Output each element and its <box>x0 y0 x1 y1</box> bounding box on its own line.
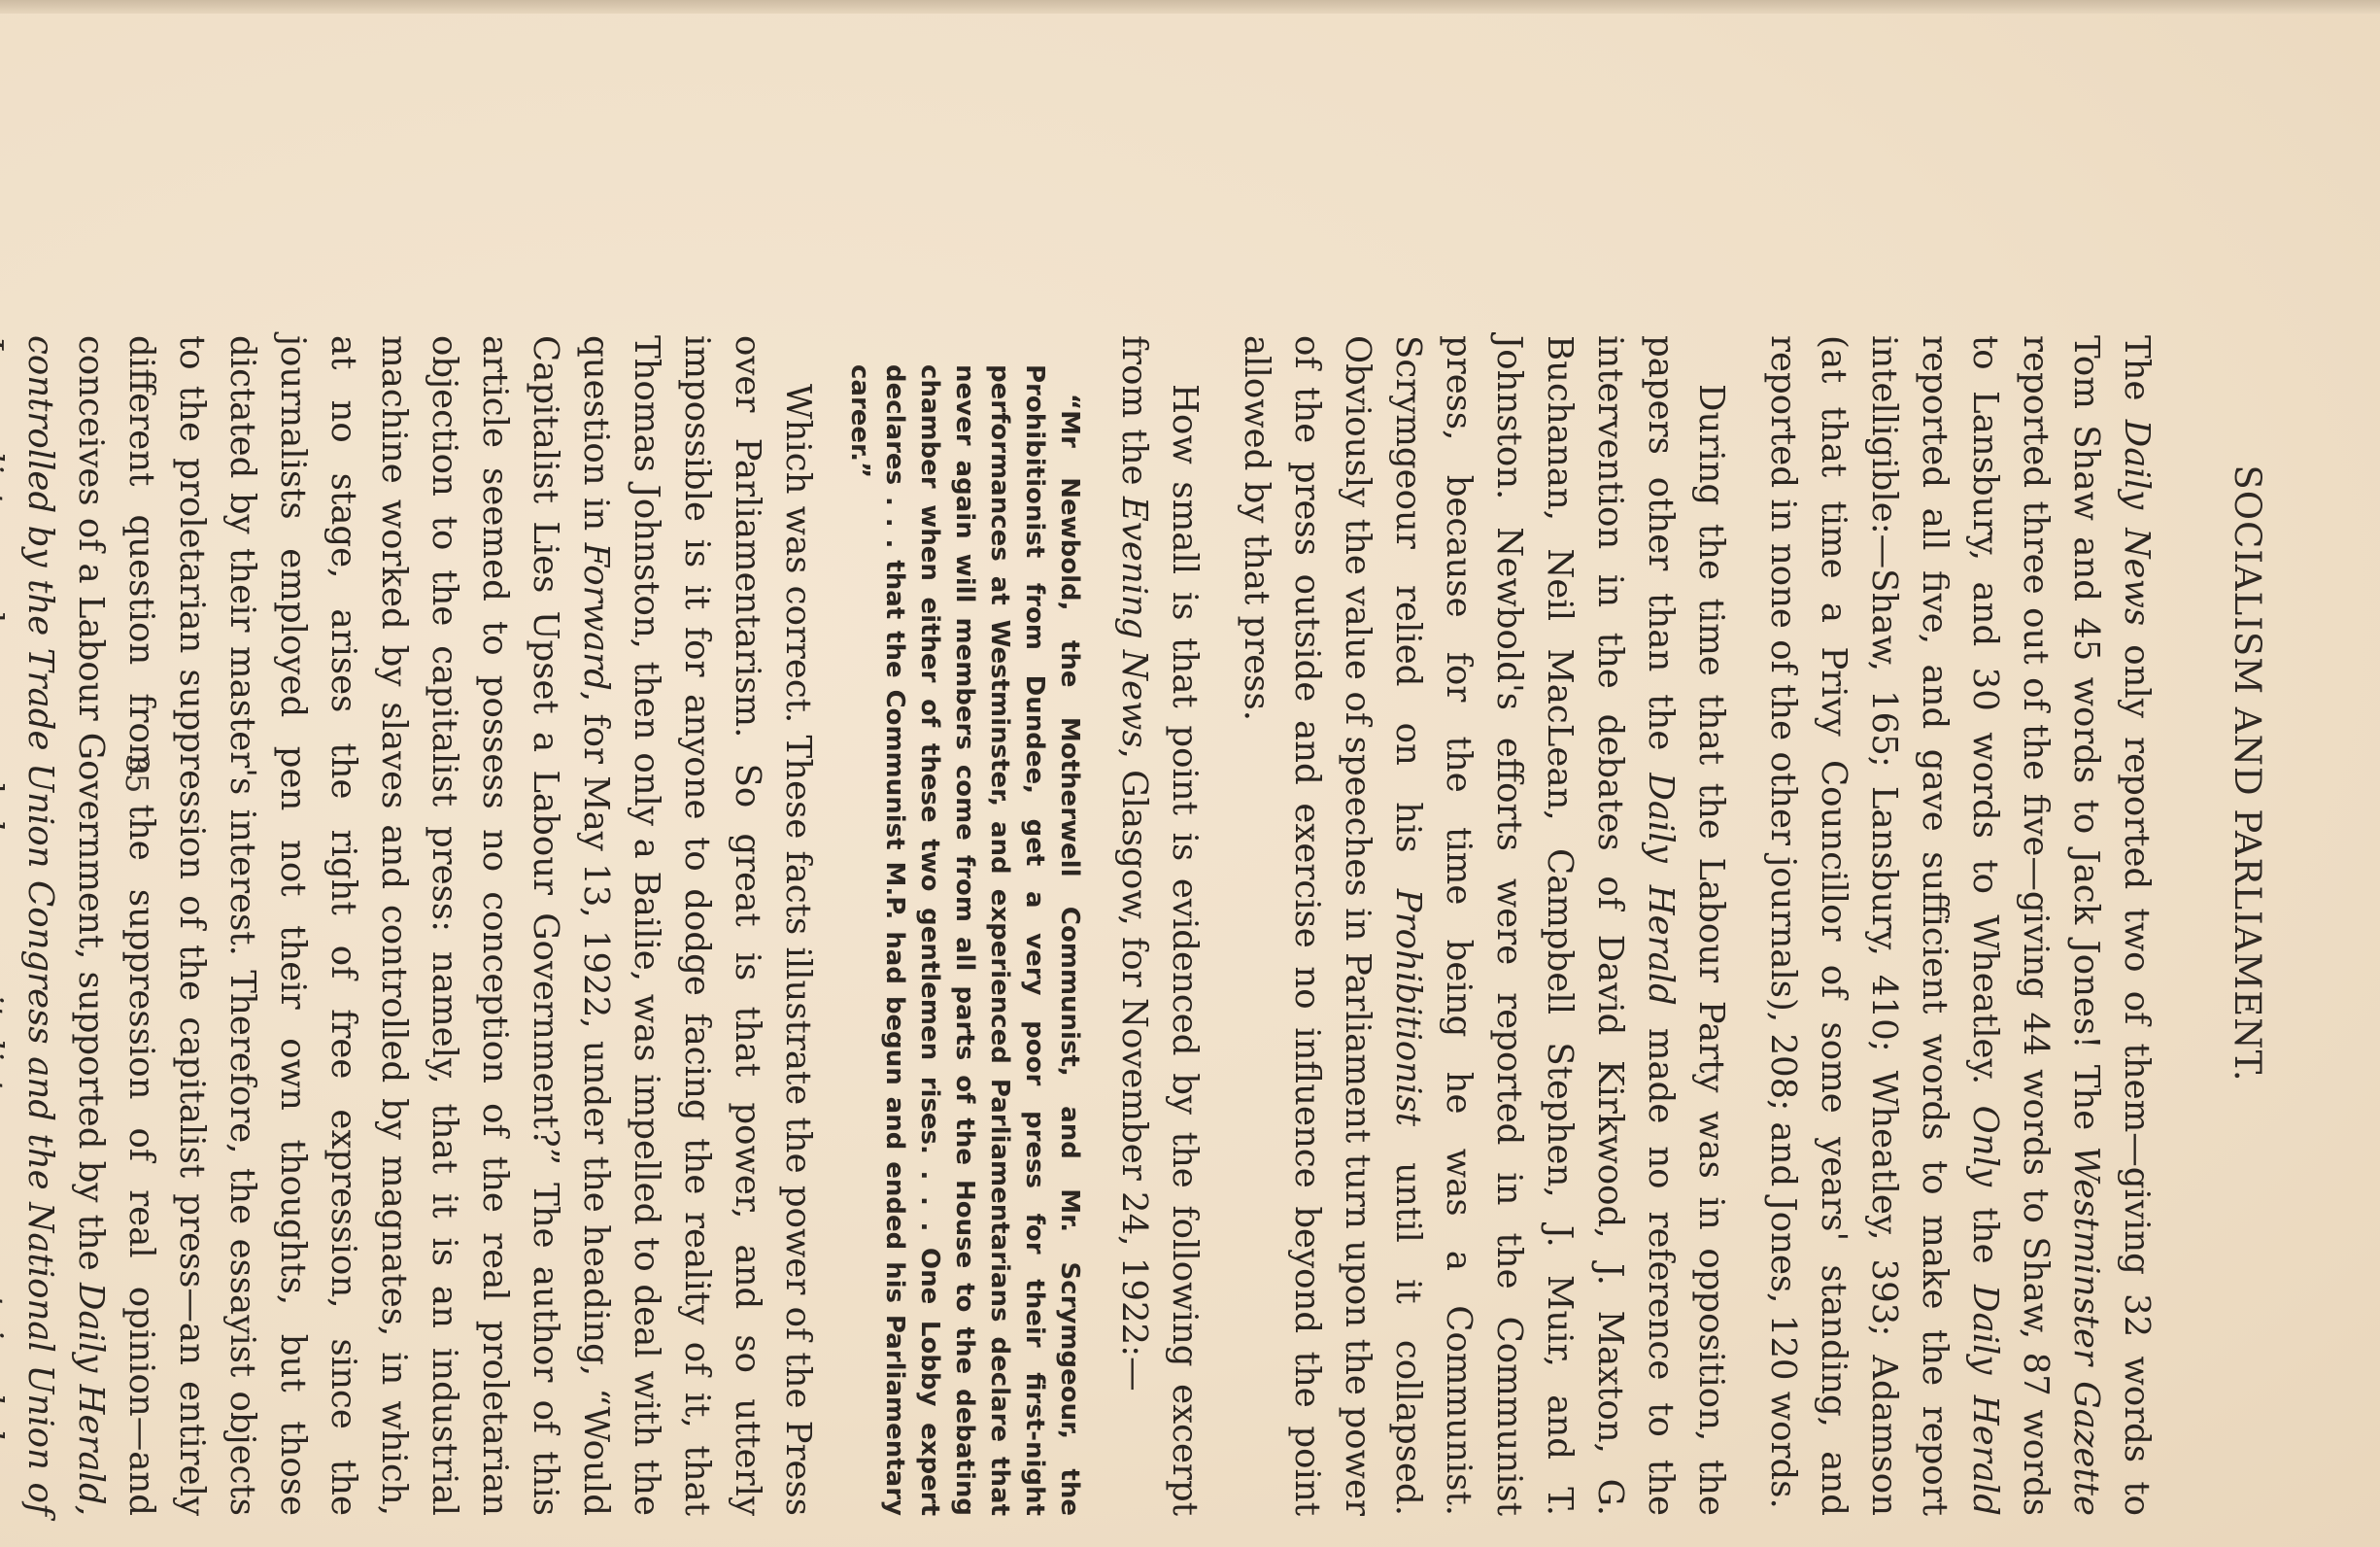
paragraph: The Daily News only reported two of them… <box>1757 335 2161 1516</box>
italic-text: Only <box>1965 1106 2005 1186</box>
book-page: SOCIALISM AND PARLIAMENT. The Daily News… <box>0 0 2380 1547</box>
text-run: reported all five, and gave sufficient w… <box>1763 335 1955 1516</box>
text-run: The <box>2117 335 2157 420</box>
running-head: SOCIALISM AND PARLIAMENT. <box>2227 0 2268 1547</box>
paragraph: During the time that the Labour Party wa… <box>1231 335 1736 1516</box>
text-run: , Glasgow, for November 24, 1922:— <box>1114 748 1154 1392</box>
text-run: the <box>1965 1186 2005 1285</box>
page-body: The Daily News only reported two of them… <box>0 335 2161 1516</box>
text-run: made no reference to the intervention in… <box>1388 335 1681 1516</box>
italic-text: Forward <box>576 543 616 691</box>
page-number: 35 <box>119 0 155 1547</box>
italic-text: Daily News <box>2117 420 2157 626</box>
italic-text: Westminster Gazette <box>2066 1147 2106 1516</box>
italic-text: Prohibitionist <box>1388 889 1428 1126</box>
italic-text: Daily Herald <box>1641 773 1681 1006</box>
block-quote: “Mr Newbold, the Motherwell Communist, a… <box>842 364 1087 1516</box>
italic-text: Evening News <box>1114 497 1154 748</box>
paragraph: How small is that point is evidenced by … <box>1108 335 1209 1516</box>
text-run: “Mr Newbold, the Motherwell Communist, a… <box>845 364 1084 1516</box>
text-run: and opposed <box>0 533 10 819</box>
italic-text: Daily Herald <box>1965 1285 2005 1516</box>
